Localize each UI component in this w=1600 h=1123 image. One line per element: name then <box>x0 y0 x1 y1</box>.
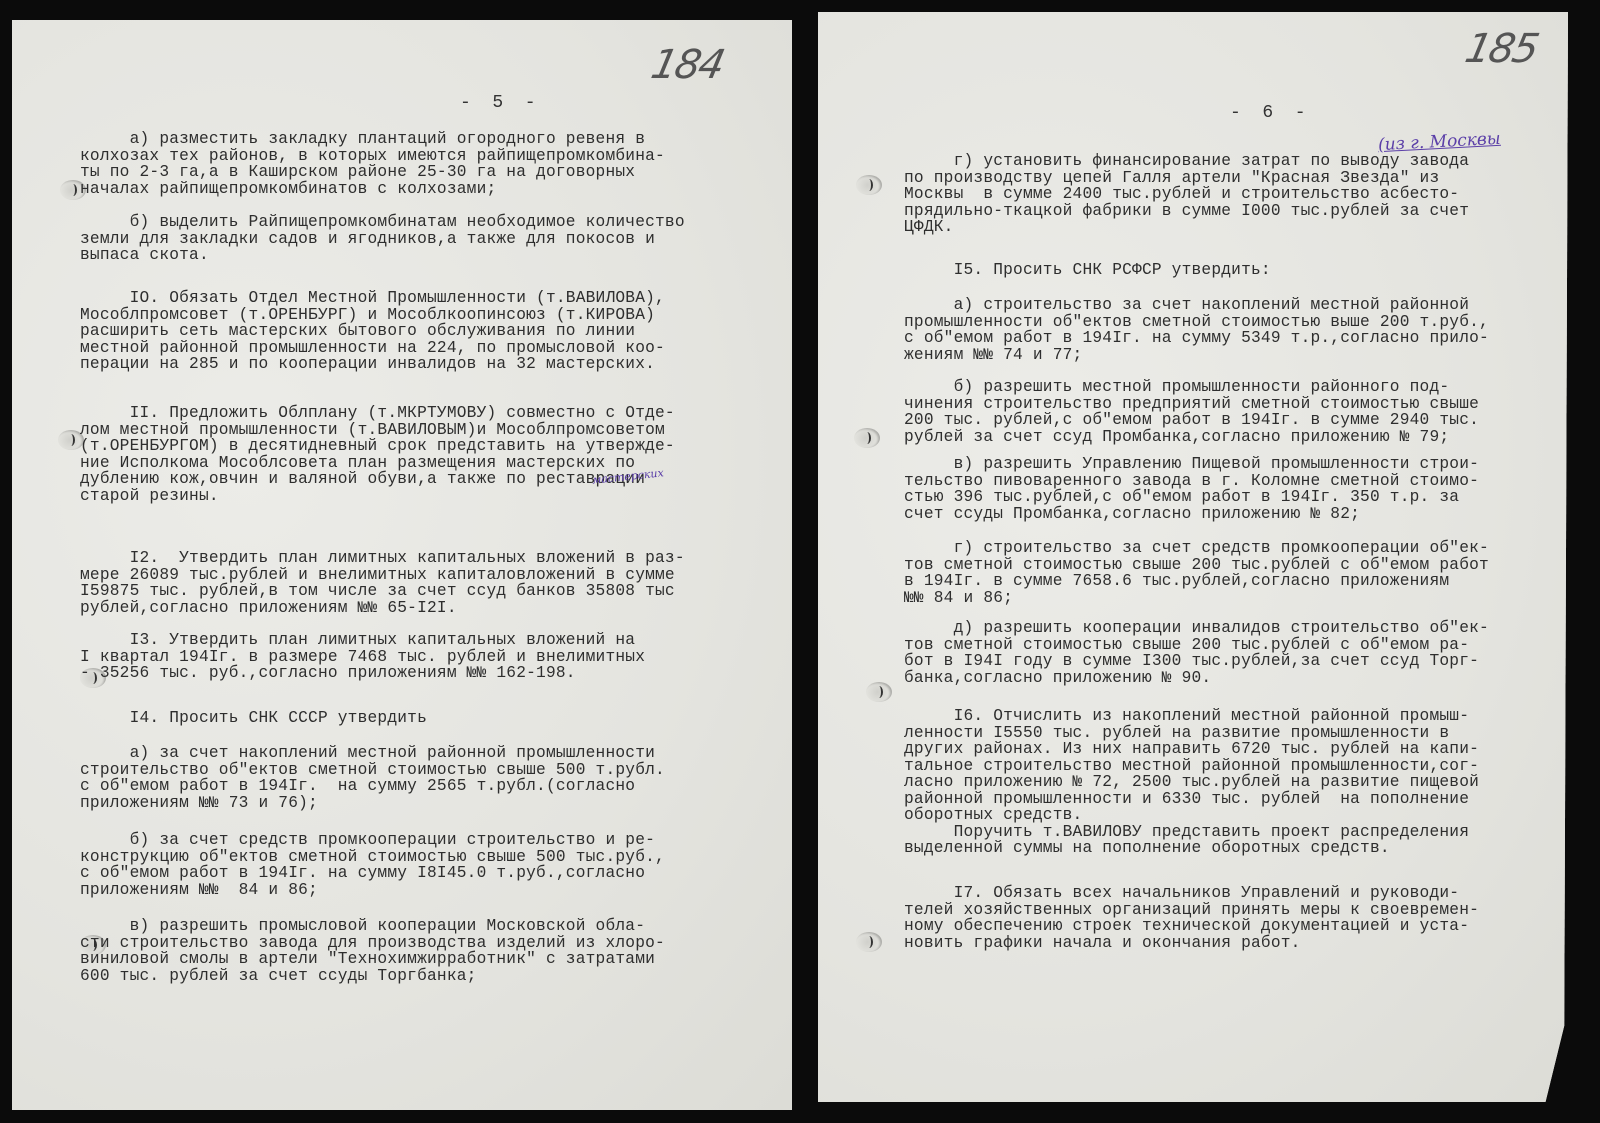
paragraph-15-heading: I5. Просить СНК РСФСР утвердить: <box>904 262 1271 279</box>
paragraph-11: II. Предложить Облплану (т.МКРТУМОВУ) со… <box>80 405 675 504</box>
archive-folio-number: 184 <box>647 42 727 88</box>
paragraph-a-rhubarb: а) разместить закладку плантаций огородн… <box>80 131 665 197</box>
punch-hole-icon <box>854 428 880 448</box>
paragraph-14a: а) за счет накоплений местной районной п… <box>80 745 665 811</box>
paragraph-10: IO. Обязать Отдел Местной Промышленности… <box>80 290 665 373</box>
paragraph-14b: б) за счет средств промкооперации строит… <box>80 832 665 898</box>
paragraph-15d: д) разрешить кооперации инвалидов строит… <box>904 620 1489 686</box>
paragraph-g-financing: г) установить финансирование затрат по в… <box>904 153 1469 236</box>
punch-hole-icon <box>856 932 882 952</box>
paragraph-13: I3. Утвердить план лимитных капитальных … <box>80 632 645 682</box>
paragraph-14-heading: I4. Просить СНК СССР утвердить <box>80 710 427 727</box>
paragraph-15b: б) разрешить местной промышленности райо… <box>904 379 1479 445</box>
punch-hole-icon <box>866 682 892 702</box>
paragraph-17: I7. Обязать всех начальников Управлений … <box>904 885 1479 951</box>
paragraph-15g: г) строительство за счет средств промкоо… <box>904 540 1489 606</box>
paragraph-12: I2. Утвердить план лимитных капитальных … <box>80 550 685 616</box>
page-number: - 6 - <box>1230 103 1306 123</box>
punch-hole-icon <box>856 175 882 195</box>
paragraph-15a: а) строительство за счет накоплений мест… <box>904 297 1489 363</box>
document-page-right: 185 - 6 - (из г. Москвы г) установить фи… <box>818 12 1568 1102</box>
paragraph-16: I6. Отчислить из накоплений местной райо… <box>904 708 1479 857</box>
archive-folio-number: 185 <box>1461 26 1541 72</box>
page-number: - 5 - <box>460 93 536 113</box>
paragraph-15v: в) разрешить Управлению Пищевой промышле… <box>904 456 1479 522</box>
document-page-left: 184 - 5 - а) разместить закладку плантац… <box>12 20 792 1110</box>
paragraph-14v: в) разрешить промысловой кооперации Моск… <box>80 918 665 984</box>
paragraph-b-land: б) выделить Райпищепромкомбинатам необхо… <box>80 214 685 264</box>
